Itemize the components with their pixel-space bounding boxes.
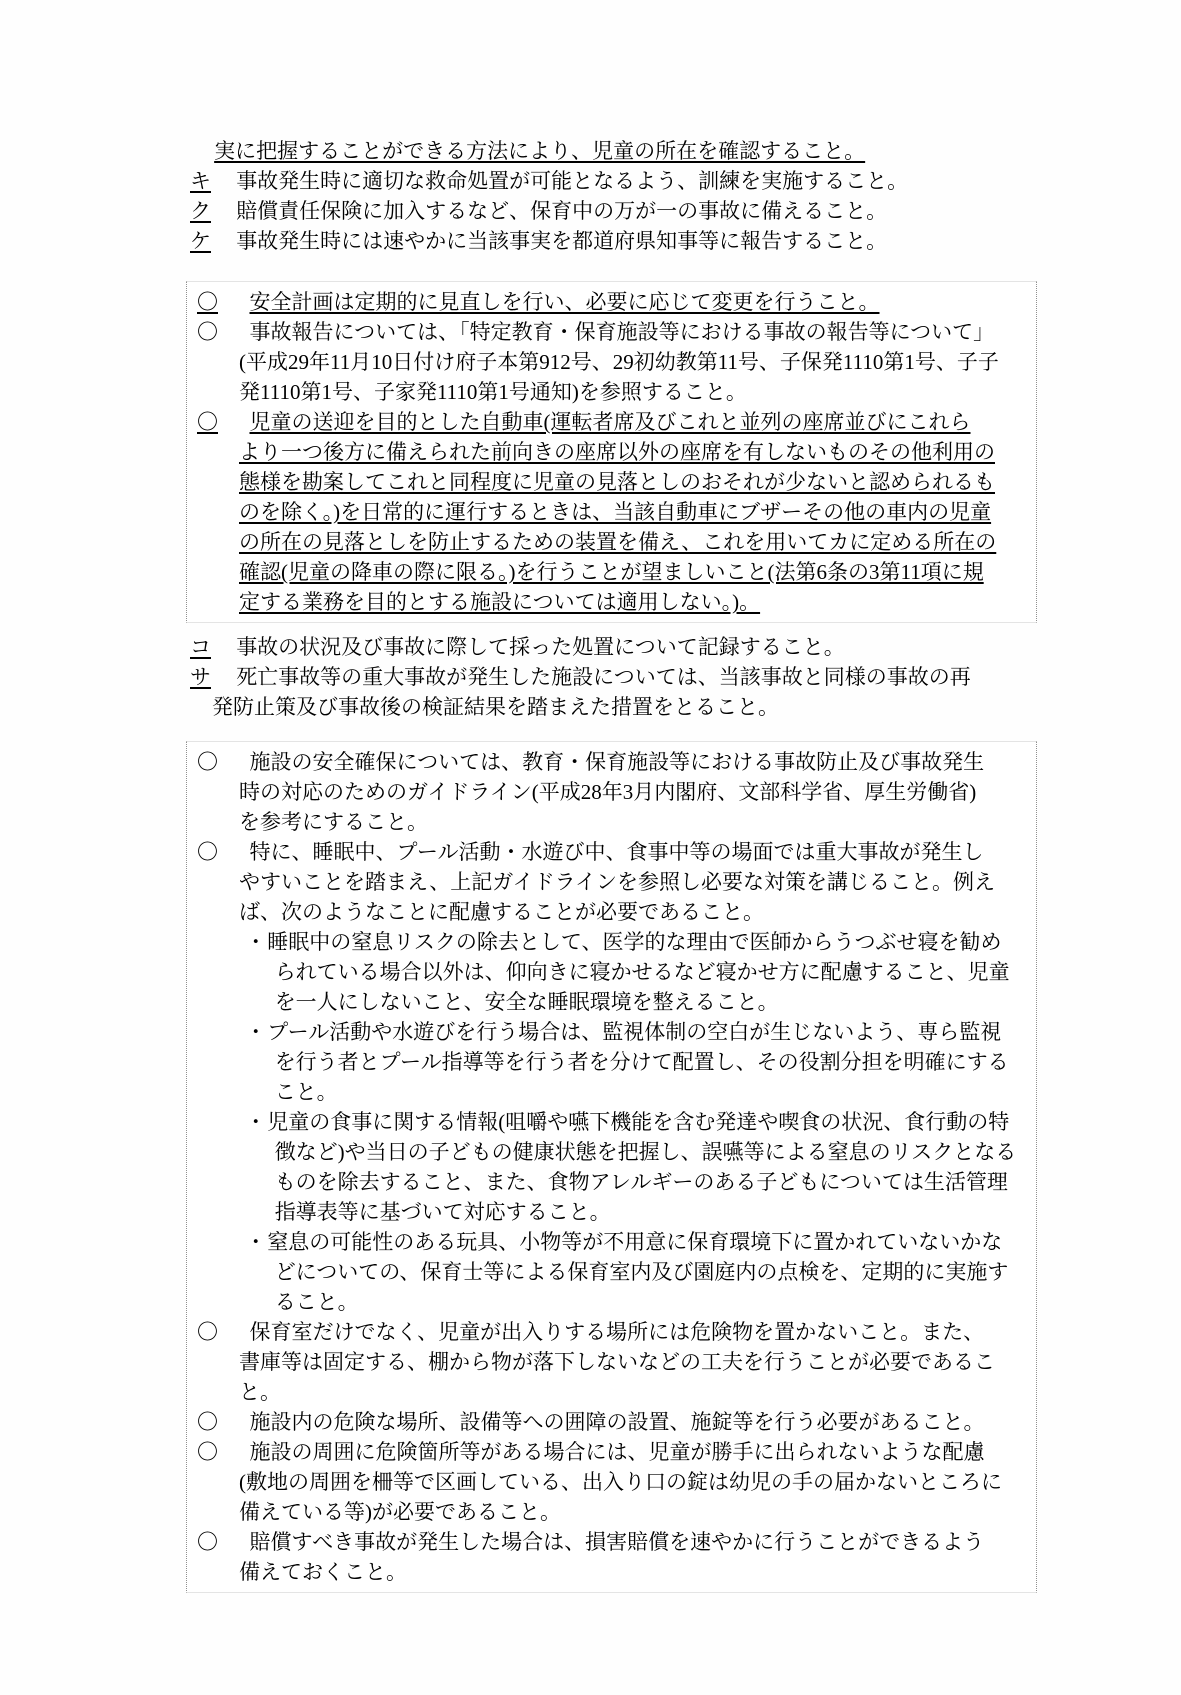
text-line: 指導表等に基づいて対応すること。: [197, 1197, 1030, 1227]
list-item: 〇特に、睡眠中、プール活動・水遊び中、食事中等の場面では重大事故が発生し: [197, 837, 1030, 867]
list-item: ・児童の食事に関する情報(咀嚼や嚥下機能を含む発達や喫食の状況、食行動の特: [197, 1107, 1030, 1137]
text-line: やすいことを踏まえ、上記ガイドラインを参照し必要な対策を講じること。例え: [197, 867, 1030, 897]
list-item: 〇賠償すべき事故が発生した場合は、損害賠償を速やかに行うことができるよう: [197, 1527, 1030, 1557]
list-item: 〇施設の安全確保については、教育・保育施設等における事故防止及び事故発生: [197, 747, 1030, 777]
text-line: を参考にすること。: [197, 807, 1030, 837]
item-label: ケ: [190, 226, 236, 256]
text-line: より一つ後方に備えられた前向きの座席以外の座席を有しないものその他利用の: [197, 437, 1030, 467]
section-kana-items-top: 実に把握することができる方法により、児童の所在を確認すること。 キ事故発生時に適…: [190, 0, 1050, 256]
text-line: 実に把握することができる方法により、児童の所在を確認すること。: [214, 139, 865, 163]
text-line: 施設の安全確保については、教育・保育施設等における事故防止及び事故発生: [250, 750, 985, 774]
section-kana-items-middle: コ事故の状況及び事故に際して採った処置について記録すること。 サ死亡事故等の重大…: [190, 632, 1050, 722]
list-item: 〇事故報告については、「特定教育・保育施設等における事故の報告等について」: [197, 317, 1030, 347]
list-item: ・睡眠中の窒息リスクの除去として、医学的な理由で医師からうつぶせ寝を勧め: [197, 927, 1030, 957]
text-line: ば、次のようなことに配慮することが必要であること。: [197, 897, 1030, 927]
text-line: 睡眠中の窒息リスクの除去として、医学的な理由で医師からうつぶせ寝を勧め: [267, 930, 1001, 954]
list-item: 〇施設の周囲に危険箇所等がある場合には、児童が勝手に出られないような配慮: [197, 1437, 1030, 1467]
text-line: 死亡事故等の重大事故が発生した施設については、当該事故と同様の事故の再: [236, 665, 971, 689]
item-label: ク: [190, 196, 236, 226]
paragraph: 〇施設の周囲に危険箇所等がある場合には、児童が勝手に出られないような配慮 (敷地…: [197, 1437, 1030, 1527]
text-line: 事故発生時には速やかに当該事実を都道府県知事等に報告すること。: [236, 229, 887, 253]
text-line: 窒息の可能性のある玩具、小物等が不用意に保育環境下に置かれていないかな: [267, 1230, 1002, 1254]
text-line: プール活動や水遊びを行う場合は、監視体制の空白が生じないよう、専ら監視: [267, 1020, 1001, 1044]
dot-marker: ・: [245, 930, 266, 954]
text-line: 徴など)や当日の子どもの健康状態を把握し、誤嚥等による窒息のリスクとなる: [197, 1137, 1030, 1167]
maru-marker: 〇: [197, 287, 250, 317]
dot-marker: ・: [245, 1230, 266, 1254]
text-line: 事故発生時に適切な救命処置が可能となるよう、訓練を実施すること。: [236, 169, 908, 193]
maru-marker: 〇: [197, 1317, 250, 1347]
text-line: を一人にしないこと、安全な睡眠環境を整えること。: [197, 987, 1030, 1017]
text-line: 書庫等は固定する、棚から物が落下しないなどの工夫を行うことが必要であるこ: [197, 1347, 1030, 1377]
list-item: キ事故発生時に適切な救命処置が可能となるよう、訓練を実施すること。: [190, 166, 1050, 196]
paragraph: 〇賠償すべき事故が発生した場合は、損害賠償を速やかに行うことができるよう 備えて…: [197, 1527, 1030, 1587]
maru-marker: 〇: [197, 317, 250, 347]
bullet-paragraph: ・児童の食事に関する情報(咀嚼や嚥下機能を含む発達や喫食の状況、食行動の特 徴な…: [197, 1107, 1030, 1227]
paragraph: 〇施設内の危険な場所、設備等への囲障の設置、施錠等を行う必要があること。: [197, 1407, 1030, 1437]
item-label: コ: [190, 632, 236, 662]
text-line: 施設内の危険な場所、設備等への囲障の設置、施錠等を行う必要があること。: [250, 1410, 985, 1434]
maru-marker: 〇: [197, 407, 250, 437]
text-line: 確認(児童の降車の際に限る。)を行うことが望ましいこと(法第6条の3第11項に規: [197, 557, 1030, 587]
bullet-paragraph: ・窒息の可能性のある玩具、小物等が不用意に保育環境下に置かれていないかな どにつ…: [197, 1227, 1030, 1317]
list-item: ・窒息の可能性のある玩具、小物等が不用意に保育環境下に置かれていないかな: [197, 1227, 1030, 1257]
text-line: こと。: [197, 1077, 1030, 1107]
text-line: の所在の見落としを防止するための装置を備え、これを用いてカに定める所在の: [197, 527, 1030, 557]
text-line: 児童の食事に関する情報(咀嚼や嚥下機能を含む発達や喫食の状況、食行動の特: [267, 1110, 1009, 1134]
text-line: 保育室だけでなく、児童が出入りする場所には危険物を置かないこと。また、: [250, 1320, 985, 1344]
text-line: 定する業務を目的とする施設については適用しない。)。: [197, 587, 1030, 617]
list-item: 〇児童の送迎を目的とした自動車(運転者席及びこれと並列の座席並びにこれら: [197, 407, 1030, 437]
text-line: 事故の状況及び事故に際して採った処置について記録すること。: [236, 635, 845, 659]
text-line: 備えておくこと。: [197, 1557, 1030, 1587]
item-label: サ: [190, 662, 236, 692]
list-item: 〇保育室だけでなく、児童が出入りする場所には危険物を置かないこと。また、: [197, 1317, 1030, 1347]
paragraph: 〇児童の送迎を目的とした自動車(運転者席及びこれと並列の座席並びにこれら より一…: [197, 407, 1030, 617]
list-item: ク賠償責任保険に加入するなど、保育中の万が一の事故に備えること。: [190, 196, 1050, 226]
paragraph: 〇特に、睡眠中、プール活動・水遊び中、食事中等の場面では重大事故が発生し やすい…: [197, 837, 1030, 927]
text-line: 賠償責任保険に加入するなど、保育中の万が一の事故に備えること。: [236, 199, 887, 223]
list-item: 〇安全計画は定期的に見直しを行い、必要に応じて変更を行うこと。: [197, 287, 1030, 317]
text-line: 備えている等)が必要であること。: [197, 1497, 1030, 1527]
text-line: 賠償すべき事故が発生した場合は、損害賠償を速やかに行うことができるよう: [250, 1530, 985, 1554]
text-line: と。: [197, 1377, 1030, 1407]
text-line: ものを除去すること、また、食物アレルギーのある子どもについては生活管理: [197, 1167, 1030, 1197]
notice-box-guideline: 〇施設の安全確保については、教育・保育施設等における事故防止及び事故発生 時の対…: [186, 741, 1037, 1593]
text-line: 施設の周囲に危険箇所等がある場合には、児童が勝手に出られないような配慮: [250, 1440, 985, 1464]
paragraph: 〇事故報告については、「特定教育・保育施設等における事故の報告等について」 (平…: [197, 317, 1030, 407]
bullet-paragraph: ・プール活動や水遊びを行う場合は、監視体制の空白が生じないよう、専ら監視 を行う…: [197, 1017, 1030, 1107]
text-line: (敷地の周囲を柵等で区画している、出入り口の錠は幼児の手の届かないところに: [197, 1467, 1030, 1497]
text-line: 時の対応のためのガイドライン(平成28年3月内閣府、文部科学省、厚生労働省): [197, 777, 1030, 807]
text-line: 態様を勘案してこれと同程度に児童の見落としのおそれが少ないと認められるも: [197, 467, 1030, 497]
text-line: ること。: [197, 1287, 1030, 1317]
text-line: られている場合以外は、仰向きに寝かせるなど寝かせ方に配慮すること、児童: [197, 957, 1030, 987]
document-page: 実に把握することができる方法により、児童の所在を確認すること。 キ事故発生時に適…: [0, 0, 1181, 1695]
maru-marker: 〇: [197, 747, 250, 777]
list-item: ・プール活動や水遊びを行う場合は、監視体制の空白が生じないよう、専ら監視: [197, 1017, 1030, 1047]
text-line: 児童の送迎を目的とした自動車(運転者席及びこれと並列の座席並びにこれら: [250, 410, 971, 434]
text-line: 発防止策及び事故後の検証結果を踏まえた措置をとること。: [190, 692, 1050, 722]
paragraph: 〇施設の安全確保については、教育・保育施設等における事故防止及び事故発生 時の対…: [197, 747, 1030, 837]
maru-marker: 〇: [197, 1437, 250, 1467]
text-line: (平成29年11月10日付け府子本第912号、29初幼教第11号、子保発1110…: [197, 347, 1030, 377]
bullet-paragraph: ・睡眠中の窒息リスクの除去として、医学的な理由で医師からうつぶせ寝を勧め られて…: [197, 927, 1030, 1017]
text-line: 安全計画は定期的に見直しを行い、必要に応じて変更を行うこと。: [250, 290, 880, 314]
text-line: 特に、睡眠中、プール活動・水遊び中、食事中等の場面では重大事故が発生し: [250, 840, 984, 864]
dot-marker: ・: [245, 1110, 266, 1134]
text-line: 発1110第1号、子家発1110第1号通知)を参照すること。: [197, 377, 1030, 407]
carryover-line: 実に把握することができる方法により、児童の所在を確認すること。: [190, 136, 1050, 166]
maru-marker: 〇: [197, 1407, 250, 1437]
text-line: を行う者とプール指導等を行う者を分けて配置し、その役割分担を明確にする: [197, 1047, 1030, 1077]
item-label: キ: [190, 166, 236, 196]
paragraph: 〇安全計画は定期的に見直しを行い、必要に応じて変更を行うこと。: [197, 287, 1030, 317]
paragraph: 〇保育室だけでなく、児童が出入りする場所には危険物を置かないこと。また、 書庫等…: [197, 1317, 1030, 1407]
text-line: どについての、保育士等による保育室内及び園庭内の点検を、定期的に実施す: [197, 1257, 1030, 1287]
list-item: 〇施設内の危険な場所、設備等への囲障の設置、施錠等を行う必要があること。: [197, 1407, 1030, 1437]
text-line: 事故報告については、「特定教育・保育施設等における事故の報告等について」: [250, 320, 995, 344]
list-item: コ事故の状況及び事故に際して採った処置について記録すること。: [190, 632, 1050, 662]
dot-marker: ・: [245, 1020, 266, 1044]
notice-box-safety-plan: 〇安全計画は定期的に見直しを行い、必要に応じて変更を行うこと。 〇事故報告につい…: [186, 281, 1037, 623]
text-line: のを除く。)を日常的に運行するときは、当該自動車にブザーその他の車内の児童: [197, 497, 1030, 527]
maru-marker: 〇: [197, 1527, 250, 1557]
list-item: ケ事故発生時には速やかに当該事実を都道府県知事等に報告すること。: [190, 226, 1050, 256]
maru-marker: 〇: [197, 837, 250, 867]
list-item: サ死亡事故等の重大事故が発生した施設については、当該事故と同様の事故の再: [190, 662, 1050, 692]
